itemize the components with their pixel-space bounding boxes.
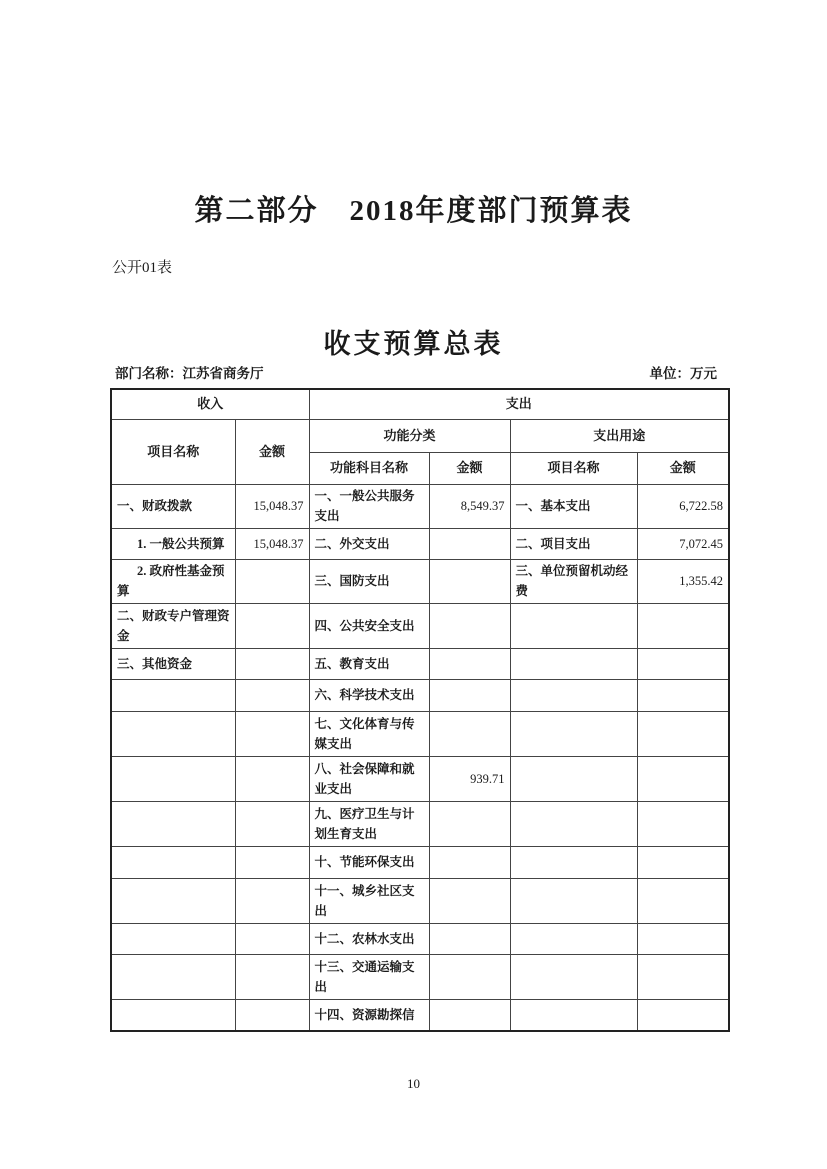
department-name-label: 部门名称：江苏省商务厅 [115, 362, 264, 382]
func-amount-cell [429, 878, 510, 923]
func-item-cell: 十一、城乡社区支出 [309, 878, 429, 923]
income-amount-cell [235, 648, 309, 679]
func-amount-cell [429, 559, 510, 603]
income-amount-cell [235, 756, 309, 801]
income-amount-cell [235, 801, 309, 846]
income-amount-cell [235, 999, 309, 1031]
usage-amount-cell [637, 878, 729, 923]
income-item-cell: 1. 一般公共预算 [111, 528, 235, 559]
usage-amount-cell [637, 923, 729, 954]
income-amount-cell [235, 559, 309, 603]
page-number: 10 [0, 1076, 827, 1092]
func-item-cell: 十、节能环保支出 [309, 846, 429, 878]
header-expenditure-section: 支出 [309, 389, 729, 419]
usage-amount-cell [637, 648, 729, 679]
func-item-cell: 五、教育支出 [309, 648, 429, 679]
header-func-item: 功能科目名称 [309, 452, 429, 484]
func-item-cell: 十三、交通运输支出 [309, 954, 429, 999]
table-row: 2. 政府性基金预算 三、国防支出 三、单位预留机动经费 1,355.42 [111, 559, 729, 603]
header-functional-class: 功能分类 [309, 419, 510, 452]
func-amount-cell: 939.71 [429, 756, 510, 801]
table-row: 十三、交通运输支出 [111, 954, 729, 999]
table-title: 收支预算总表 [0, 322, 827, 361]
usage-amount-cell [637, 846, 729, 878]
table-row: 二、财政专户管理资金 四、公共安全支出 [111, 603, 729, 648]
usage-item-cell [510, 711, 637, 756]
usage-amount-cell [637, 756, 729, 801]
document-page: 第二部分 2018年度部门预算表 公开01表 收支预算总表 部门名称：江苏省商务… [0, 0, 827, 1169]
header-expenditure-usage: 支出用途 [510, 419, 729, 452]
func-item-cell: 十二、农林水支出 [309, 923, 429, 954]
func-amount-cell [429, 679, 510, 711]
func-amount-cell [429, 528, 510, 559]
income-amount-cell [235, 878, 309, 923]
header-income-item: 项目名称 [111, 419, 235, 484]
usage-item-cell [510, 923, 637, 954]
usage-item-cell [510, 954, 637, 999]
usage-item-cell: 一、基本支出 [510, 484, 637, 528]
func-item-cell: 二、外交支出 [309, 528, 429, 559]
table-row: 六、科学技术支出 [111, 679, 729, 711]
income-amount-cell [235, 954, 309, 999]
income-amount-cell [235, 679, 309, 711]
income-item-cell [111, 878, 235, 923]
income-item-cell [111, 679, 235, 711]
table-row: 1. 一般公共预算 15,048.37 二、外交支出 二、项目支出 7,072.… [111, 528, 729, 559]
table-row: 十、节能环保支出 [111, 846, 729, 878]
func-amount-cell [429, 711, 510, 756]
income-item-cell: 三、其他资金 [111, 648, 235, 679]
table-row: 十四、资源勘探信 [111, 999, 729, 1031]
income-item-cell [111, 923, 235, 954]
header-usage-item: 项目名称 [510, 452, 637, 484]
usage-item-cell [510, 756, 637, 801]
func-item-cell: 九、医疗卫生与计划生育支出 [309, 801, 429, 846]
usage-item-cell [510, 846, 637, 878]
func-item-cell: 四、公共安全支出 [309, 603, 429, 648]
usage-amount-cell: 1,355.42 [637, 559, 729, 603]
func-amount-cell [429, 603, 510, 648]
usage-amount-cell: 6,722.58 [637, 484, 729, 528]
income-item-cell [111, 999, 235, 1031]
func-amount-cell [429, 648, 510, 679]
income-amount-cell [235, 711, 309, 756]
income-item-cell: 一、财政拨款 [111, 484, 235, 528]
table-row: 三、其他资金 五、教育支出 [111, 648, 729, 679]
usage-amount-cell [637, 954, 729, 999]
income-item-cell [111, 954, 235, 999]
income-item-cell [111, 756, 235, 801]
func-amount-cell [429, 801, 510, 846]
func-amount-cell [429, 923, 510, 954]
usage-amount-cell [637, 679, 729, 711]
usage-item-cell [510, 999, 637, 1031]
table-row: 九、医疗卫生与计划生育支出 [111, 801, 729, 846]
header-income-section: 收入 [111, 389, 309, 419]
income-item-cell: 二、财政专户管理资金 [111, 603, 235, 648]
usage-amount-cell [637, 999, 729, 1031]
part-title: 第二部分 2018年度部门预算表 [0, 188, 827, 229]
func-item-cell: 八、社会保障和就业支出 [309, 756, 429, 801]
func-amount-cell [429, 999, 510, 1031]
table-row: 十二、农林水支出 [111, 923, 729, 954]
income-item-cell [111, 801, 235, 846]
usage-item-cell [510, 878, 637, 923]
header-income-amount: 金额 [235, 419, 309, 484]
usage-amount-cell [637, 711, 729, 756]
income-amount-cell [235, 603, 309, 648]
table-row: 七、文化体育与传媒支出 [111, 711, 729, 756]
usage-item-cell [510, 603, 637, 648]
usage-amount-cell [637, 603, 729, 648]
func-amount-cell [429, 846, 510, 878]
income-item-cell: 2. 政府性基金预算 [111, 559, 235, 603]
income-amount-cell [235, 923, 309, 954]
table-header-row-sections: 收入 支出 [111, 389, 729, 419]
func-amount-cell [429, 954, 510, 999]
func-amount-cell: 8,549.37 [429, 484, 510, 528]
table-meta-row: 部门名称：江苏省商务厅 单位：万元 [115, 362, 717, 382]
func-item-cell: 六、科学技术支出 [309, 679, 429, 711]
income-item-cell [111, 846, 235, 878]
unit-label: 单位：万元 [650, 362, 718, 382]
header-usage-amount: 金额 [637, 452, 729, 484]
header-func-amount: 金额 [429, 452, 510, 484]
func-item-cell: 一、一般公共服务支出 [309, 484, 429, 528]
usage-item-cell: 三、单位预留机动经费 [510, 559, 637, 603]
table-row: 八、社会保障和就业支出 939.71 [111, 756, 729, 801]
func-item-cell: 三、国防支出 [309, 559, 429, 603]
income-amount-cell: 15,048.37 [235, 484, 309, 528]
usage-item-cell [510, 801, 637, 846]
usage-item-cell: 二、项目支出 [510, 528, 637, 559]
table-row: 十一、城乡社区支出 [111, 878, 729, 923]
income-amount-cell [235, 846, 309, 878]
table-code-label: 公开01表 [112, 256, 172, 277]
func-item-cell: 七、文化体育与传媒支出 [309, 711, 429, 756]
usage-amount-cell: 7,072.45 [637, 528, 729, 559]
table-row: 一、财政拨款 15,048.37 一、一般公共服务支出 8,549.37 一、基… [111, 484, 729, 528]
income-item-cell [111, 711, 235, 756]
table-header-row-groups: 项目名称 金额 功能分类 支出用途 [111, 419, 729, 452]
func-item-cell: 十四、资源勘探信 [309, 999, 429, 1031]
income-amount-cell: 15,048.37 [235, 528, 309, 559]
budget-summary-table: 收入 支出 项目名称 金额 功能分类 支出用途 功能科目名称 金额 项目名称 金… [110, 388, 730, 1032]
usage-item-cell [510, 679, 637, 711]
usage-amount-cell [637, 801, 729, 846]
usage-item-cell [510, 648, 637, 679]
